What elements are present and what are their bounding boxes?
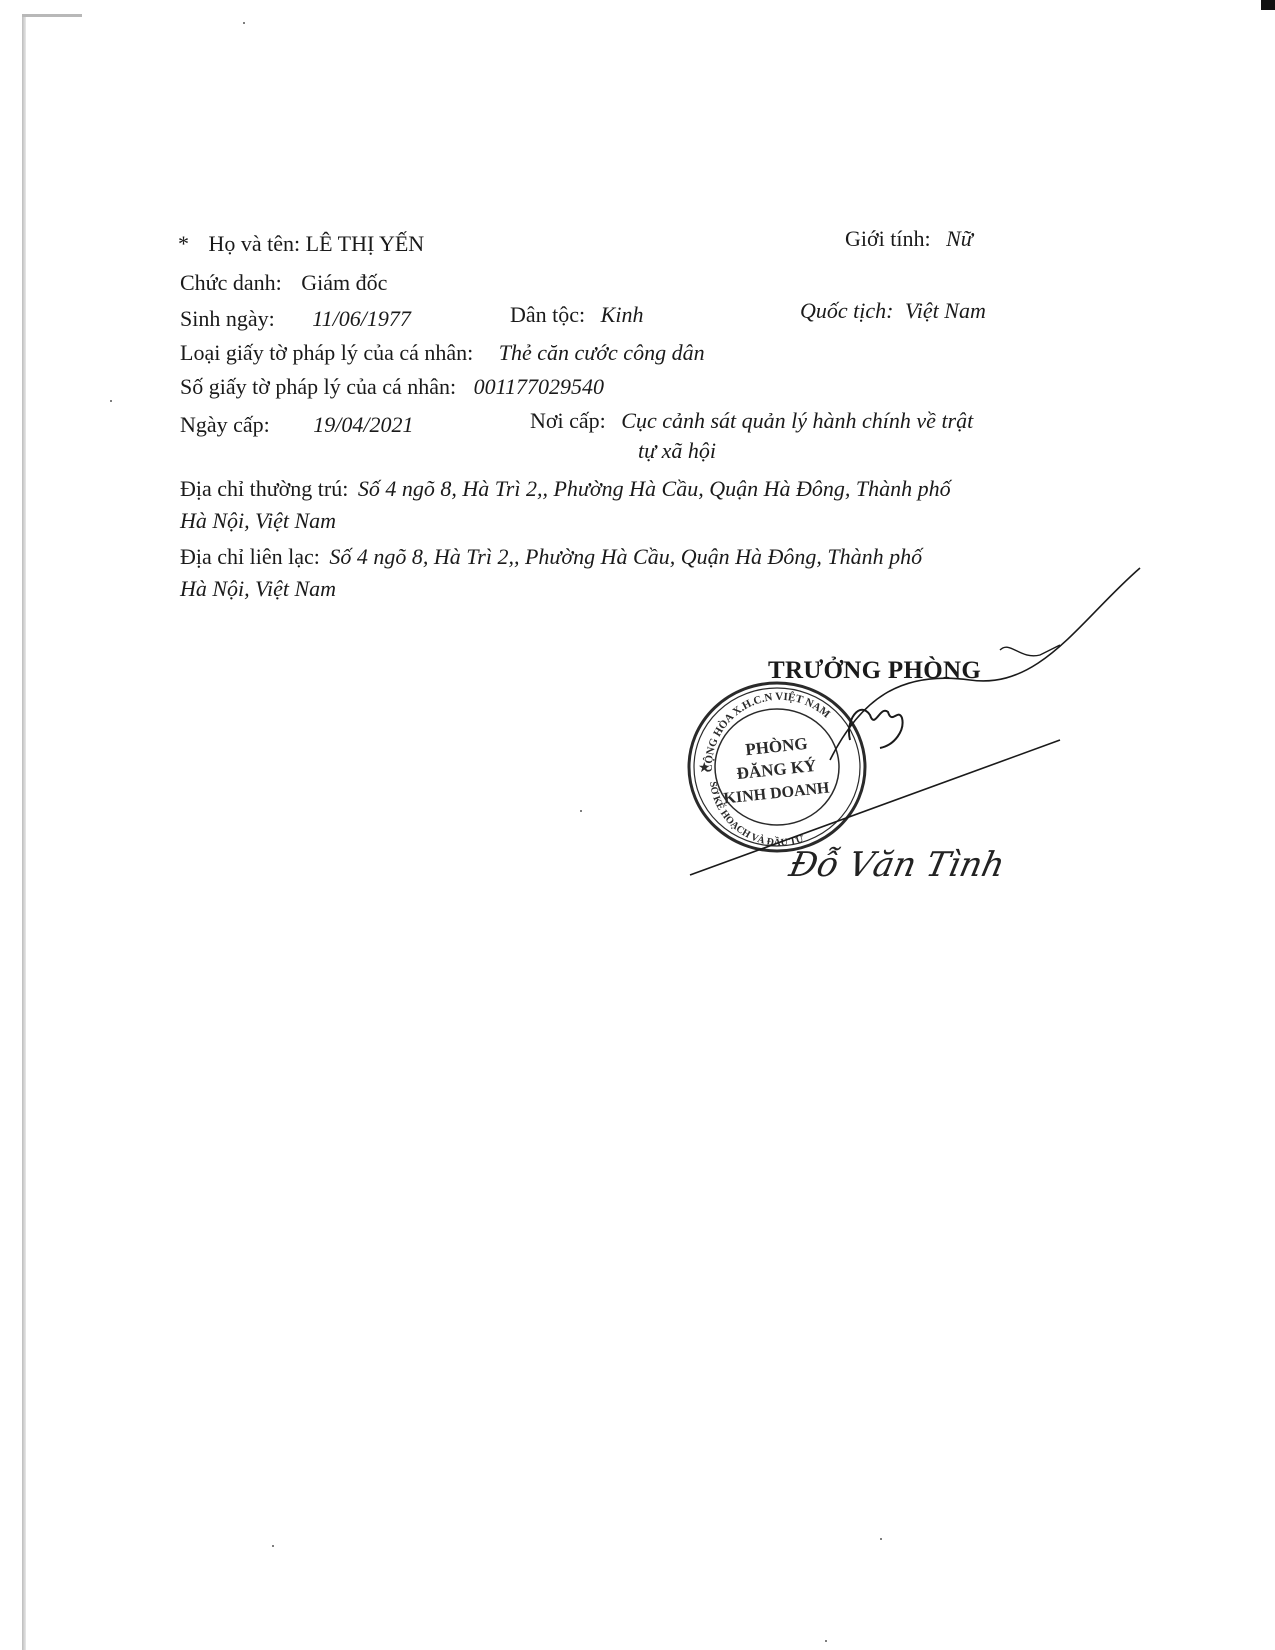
scan-speck bbox=[243, 22, 245, 24]
scan-speck bbox=[880, 1538, 882, 1540]
scan-speck bbox=[580, 810, 582, 812]
signer-name: Đỗ Văn Tình bbox=[786, 845, 1008, 885]
scan-speck bbox=[272, 1545, 274, 1547]
scan-speck bbox=[110, 400, 112, 402]
handwritten-signature bbox=[0, 0, 1275, 1650]
scan-speck bbox=[825, 1640, 827, 1642]
